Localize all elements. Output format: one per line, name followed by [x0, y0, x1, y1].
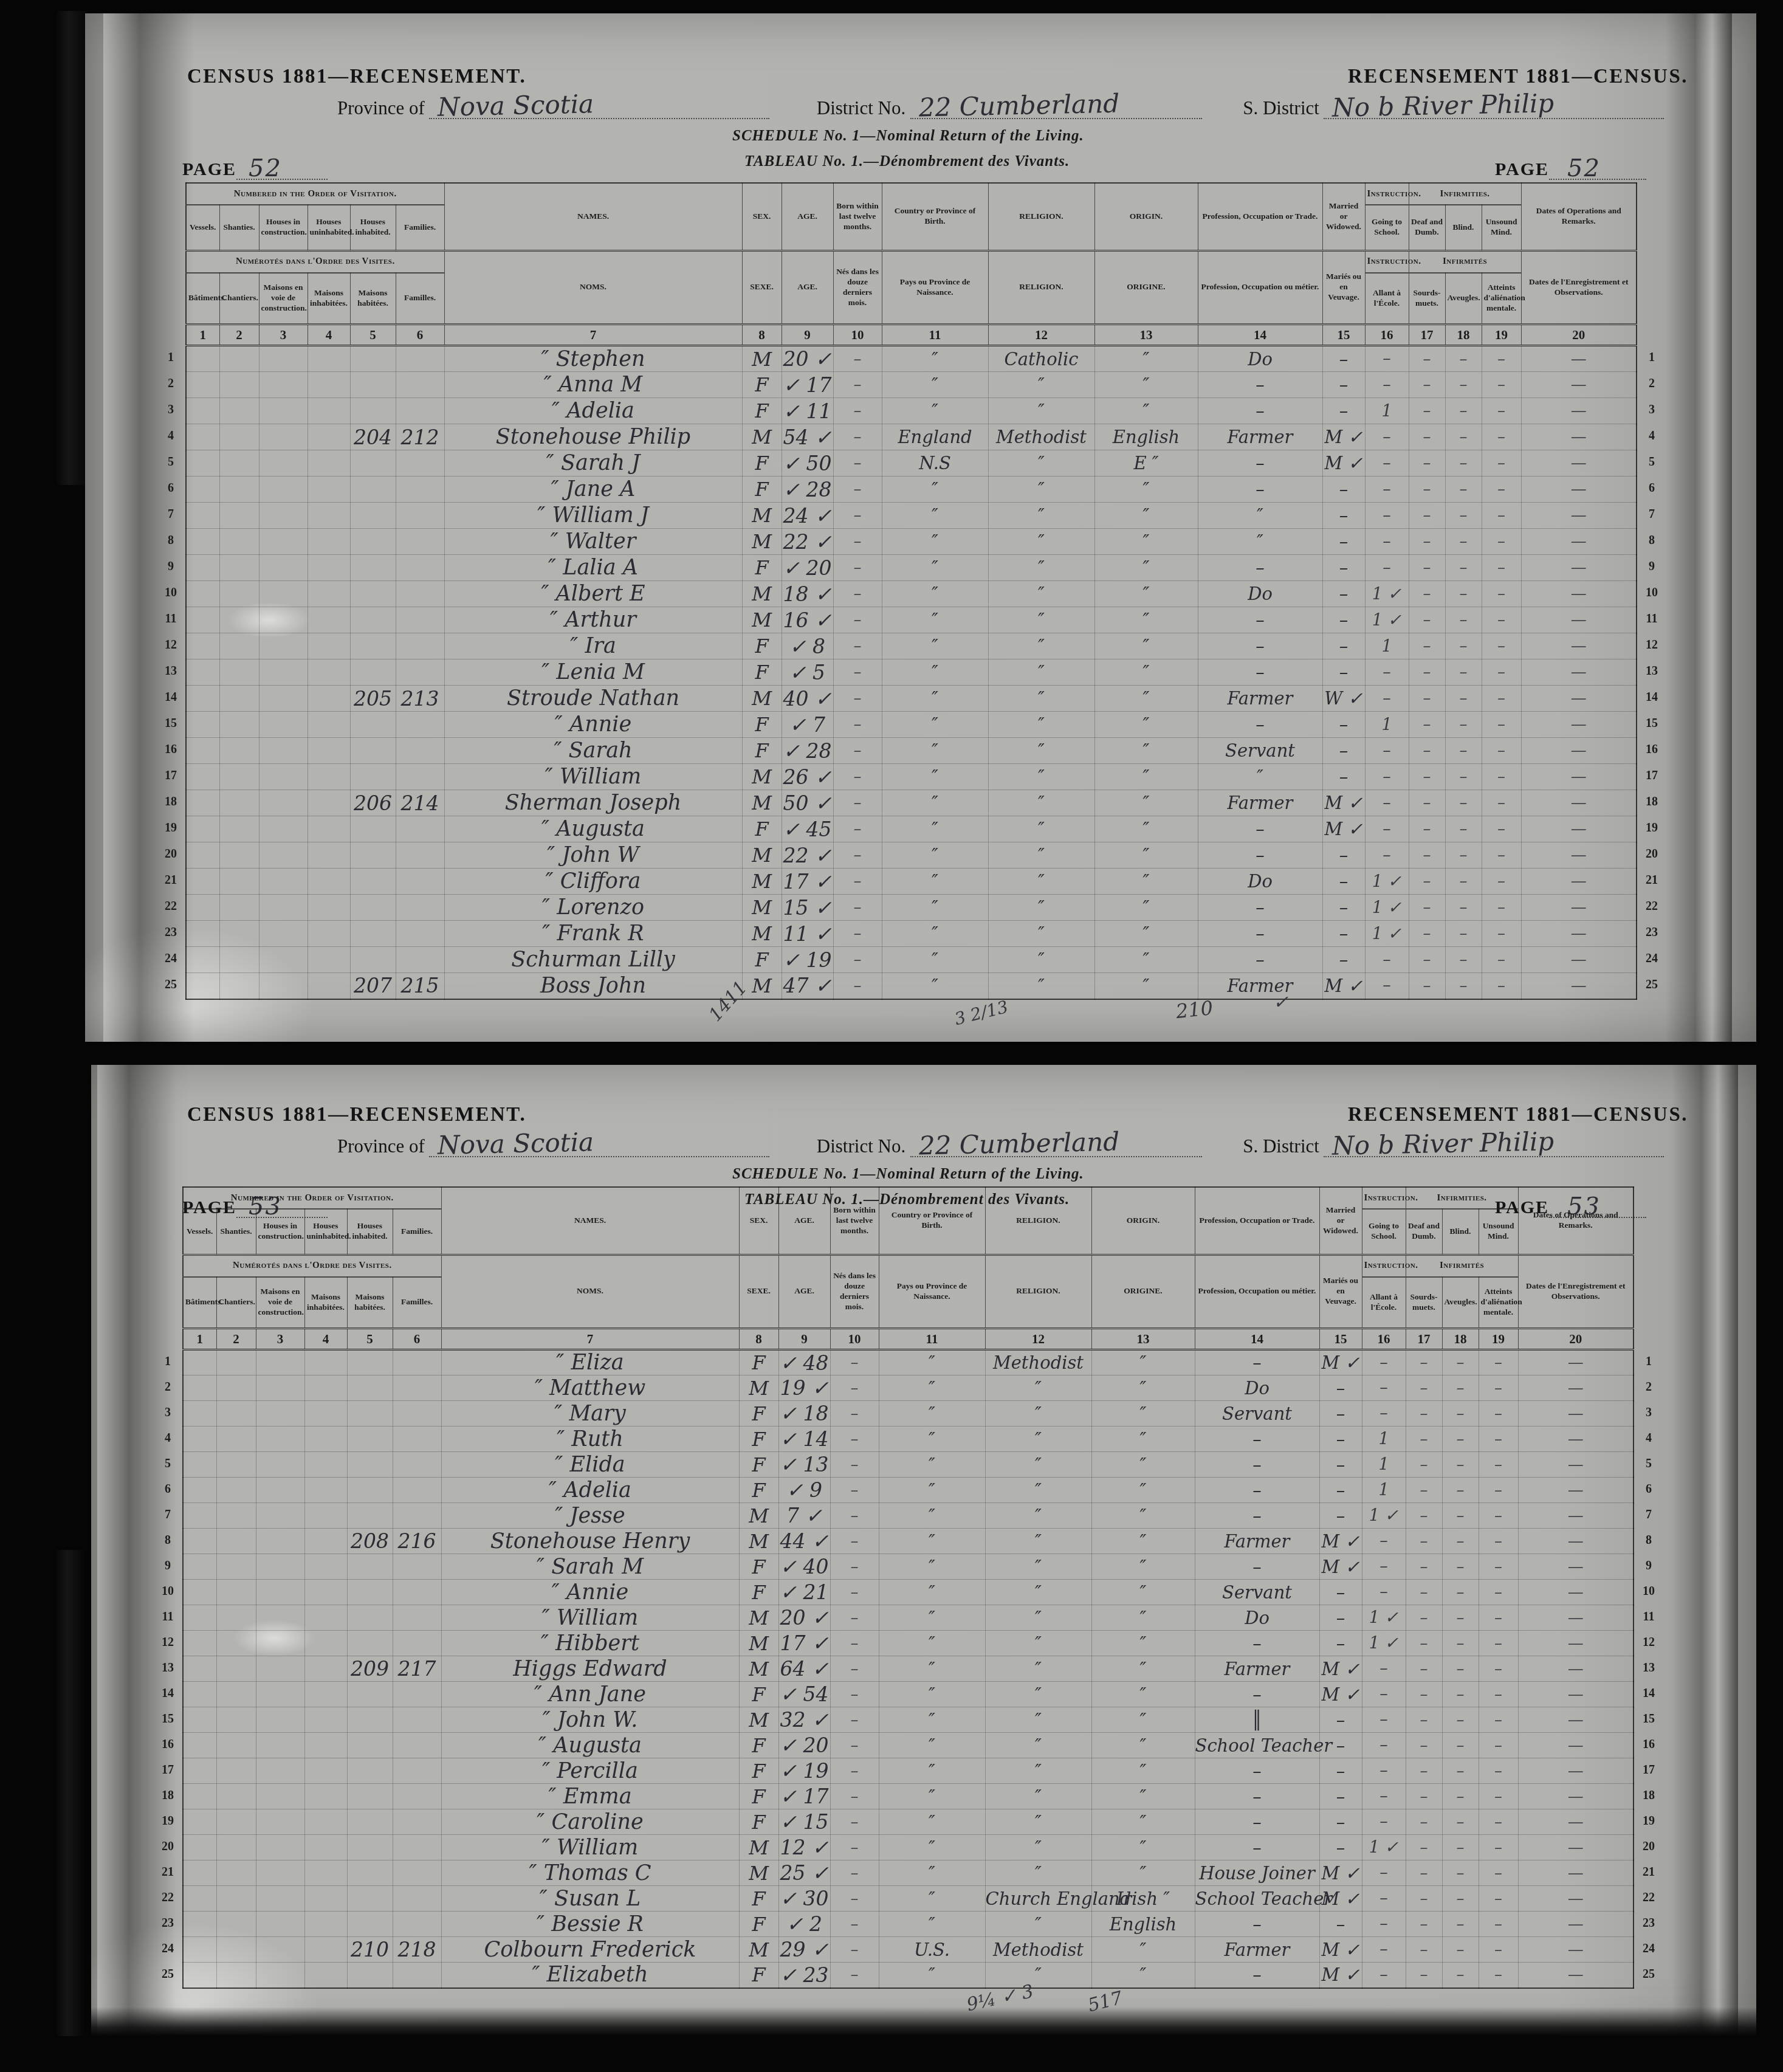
cell-married-or-widowed: –	[1319, 1478, 1362, 1503]
sub-district-handwritten: No b River Philip	[1332, 1126, 1555, 1161]
cell-empty	[256, 1886, 304, 1912]
table-row: ″ AdeliaF✓ 11–″″″––1–––—	[186, 398, 1637, 424]
cell-empty	[219, 633, 259, 659]
column-header: 5	[347, 1329, 393, 1350]
column-header: 20	[1521, 325, 1637, 346]
cell-empty	[186, 529, 219, 555]
cell-born-within-12-months: –	[830, 1963, 879, 1988]
cell-empty	[186, 555, 219, 581]
cell-age: 17 ✓	[782, 869, 833, 895]
cell-family-number	[393, 1707, 441, 1733]
cell-empty	[216, 1835, 256, 1860]
column-header: Vessels.	[186, 205, 219, 250]
cell-empty	[259, 633, 307, 659]
cell-married-or-widowed: –	[1322, 503, 1365, 529]
row-number-right: 22	[1637, 1891, 1661, 1905]
cell-name: ″ Arthur	[444, 607, 742, 633]
cell-sex: M	[742, 346, 782, 372]
table-row: ″ RuthF✓ 14–″″″––1–––—	[183, 1427, 1634, 1452]
cell-occupation: –	[1195, 1963, 1319, 1988]
cell-origin: ″	[1094, 921, 1198, 947]
column-header: Mariés ou en Veuvage.	[1319, 1255, 1362, 1329]
cell-born-within-12-months: –	[833, 790, 882, 816]
row-number-right: 15	[1640, 717, 1664, 731]
cell-born-within-12-months: –	[833, 712, 882, 738]
cell-sex: F	[739, 1784, 778, 1809]
cell-birthplace: ″	[879, 1912, 985, 1937]
cell-birthplace: ″	[882, 712, 988, 738]
cell-empty	[216, 1886, 256, 1912]
cell-remarks: —	[1521, 869, 1637, 895]
cell-infirmity: –	[1409, 503, 1445, 529]
census-page-52: CENSUS 1881—RECENSEMENT. RECENSEMENT 188…	[85, 13, 1756, 1042]
row-number-right: 20	[1637, 1840, 1661, 1854]
row-number-right: 9	[1640, 560, 1664, 574]
cell-remarks: —	[1518, 1350, 1634, 1375]
cell-origin: ″	[1094, 869, 1198, 895]
table-row: ″ LorenzoM15 ✓–″″″––1 ✓–––—	[186, 895, 1637, 921]
cell-name: ″ Walter	[444, 529, 742, 555]
cell-infirmity: –	[1406, 1656, 1442, 1682]
cell-infirmity: –	[1406, 1860, 1442, 1886]
row-number-left: 13	[159, 664, 183, 678]
cell-remarks: —	[1518, 1682, 1634, 1707]
cell-married-or-widowed: –	[1322, 764, 1365, 790]
cell-empty	[307, 607, 350, 633]
row-number-left: 20	[159, 847, 183, 861]
column-header: Maisons habitées.	[350, 273, 396, 325]
cell-religion: ″	[985, 1401, 1091, 1427]
cell-sex: M	[739, 1937, 778, 1963]
column-header: Chantiers.	[216, 1277, 256, 1329]
cell-empty	[259, 555, 307, 581]
cell-house-number	[350, 607, 396, 633]
cell-remarks: —	[1521, 633, 1637, 659]
cell-infirmity: –	[1409, 607, 1445, 633]
cell-infirmity: –	[1406, 1529, 1442, 1554]
cell-occupation: Do	[1198, 581, 1322, 607]
column-header: Married or Widowed.	[1319, 1187, 1362, 1255]
cell-infirmity: –	[1409, 372, 1445, 398]
table-row: ″ William JM24 ✓–″″″″–––––—	[186, 503, 1637, 529]
cell-sex: M	[739, 1835, 778, 1860]
column-header: 9	[782, 325, 833, 346]
cell-empty	[259, 346, 307, 372]
cell-empty	[259, 895, 307, 921]
page-number-left: PAGE52	[182, 158, 328, 180]
cell-empty	[219, 398, 259, 424]
cell-age: ✓ 17	[782, 372, 833, 398]
cell-origin: E ″	[1094, 450, 1198, 477]
cell-going-to-school: –	[1362, 1580, 1406, 1605]
cell-empty	[219, 450, 259, 477]
cell-birthplace: U.S.	[879, 1937, 985, 1963]
cell-empty	[186, 738, 219, 764]
cell-origin: ″	[1091, 1682, 1195, 1707]
cell-infirmity: –	[1409, 895, 1445, 921]
cell-house-number: 204	[350, 424, 396, 450]
cell-infirmity: –	[1409, 581, 1445, 607]
column-header: NAMES.	[444, 183, 742, 250]
cell-origin: ″	[1091, 1554, 1195, 1580]
cell-sex: F	[739, 1758, 778, 1784]
cell-born-within-12-months: –	[830, 1350, 879, 1375]
cell-empty	[256, 1912, 304, 1937]
cell-family-number	[396, 450, 444, 477]
cell-origin: ″	[1094, 973, 1198, 999]
cell-empty	[186, 450, 219, 477]
cell-born-within-12-months: –	[830, 1631, 879, 1656]
province-field: Nova Scotia	[429, 97, 769, 119]
cell-infirmity: –	[1482, 921, 1521, 947]
cell-empty	[219, 424, 259, 450]
cell-born-within-12-months: –	[830, 1605, 879, 1631]
table-row: ″ Lalia AF✓ 20–″″″––––––—	[186, 555, 1637, 581]
cell-infirmity: –	[1482, 398, 1521, 424]
page-title-right: RECENSEMENT 1881—CENSUS.	[1348, 66, 1688, 88]
cell-empty	[259, 816, 307, 842]
cell-sex: F	[739, 1886, 778, 1912]
cell-age: ✓ 28	[782, 738, 833, 764]
column-header: 1	[183, 1329, 216, 1350]
cell-married-or-widowed: –	[1319, 1375, 1362, 1401]
column-header: Numérotés dans l'Ordre des Visites.	[183, 1255, 441, 1277]
cell-sex: F	[742, 372, 782, 398]
cell-birthplace: ″	[879, 1529, 985, 1554]
cell-house-number	[347, 1707, 393, 1733]
cell-religion: ″	[985, 1375, 1091, 1401]
cell-empty	[307, 503, 350, 529]
cell-empty	[216, 1350, 256, 1375]
cell-infirmity: –	[1479, 1401, 1518, 1427]
column-header: NOMS.	[444, 250, 742, 325]
cell-family-number	[396, 947, 444, 973]
margin-note: 210	[1175, 996, 1214, 1023]
cell-remarks: —	[1518, 1886, 1634, 1912]
cell-age: ✓ 20	[782, 555, 833, 581]
cell-infirmity: –	[1445, 633, 1482, 659]
cell-going-to-school: –	[1365, 842, 1409, 869]
cell-remarks: —	[1521, 398, 1637, 424]
cell-occupation: –	[1195, 1478, 1319, 1503]
cell-empty	[307, 895, 350, 921]
column-header: Unsound Mind.	[1479, 1209, 1518, 1255]
cell-empty	[307, 790, 350, 816]
column-header: Country or Province of Birth.	[882, 183, 988, 250]
cell-empty	[219, 738, 259, 764]
cell-infirmity: –	[1406, 1478, 1442, 1503]
row-number-left: 18	[156, 1789, 180, 1803]
column-header: 8	[739, 1329, 778, 1350]
cell-born-within-12-months: –	[830, 1707, 879, 1733]
cell-empty	[256, 1427, 304, 1452]
cell-going-to-school: –	[1362, 1682, 1406, 1707]
cell-infirmity: –	[1482, 529, 1521, 555]
cell-born-within-12-months: –	[830, 1937, 879, 1963]
cell-occupation: ″	[1198, 764, 1322, 790]
row-number-left: 8	[159, 534, 183, 548]
cell-age: ✓ 48	[778, 1350, 830, 1375]
district-label: District No.	[817, 97, 905, 119]
cell-birthplace: ″	[879, 1375, 985, 1401]
cell-infirmity: –	[1482, 712, 1521, 738]
row-number-right: 21	[1637, 1865, 1661, 1879]
cell-house-number	[350, 581, 396, 607]
cell-family-number: 215	[396, 973, 444, 999]
cell-house-number	[347, 1631, 393, 1656]
cell-infirmity: –	[1409, 424, 1445, 450]
cell-religion: ″	[988, 973, 1094, 999]
column-header: 8	[742, 325, 782, 346]
cell-going-to-school: –	[1362, 1529, 1406, 1554]
cell-house-number	[350, 659, 396, 686]
cell-remarks: —	[1518, 1452, 1634, 1478]
row-number-right: 22	[1640, 900, 1664, 914]
cell-empty	[186, 659, 219, 686]
cell-birthplace: ″	[882, 555, 988, 581]
cell-name: ″ Jane A	[444, 477, 742, 503]
cell-family-number: 218	[393, 1937, 441, 1963]
cell-infirmity: –	[1479, 1631, 1518, 1656]
cell-age: ✓ 15	[778, 1809, 830, 1835]
film-edge-strip	[56, 1550, 84, 2036]
cell-going-to-school: 1	[1365, 712, 1409, 738]
cell-infirmity: –	[1409, 398, 1445, 424]
cell-religion: ″	[988, 921, 1094, 947]
table-row: ″ AugustaF✓ 45–″″″–M ✓––––—	[186, 816, 1637, 842]
cell-family-number	[393, 1860, 441, 1886]
cell-married-or-widowed: M ✓	[1319, 1963, 1362, 1988]
cell-infirmity: –	[1482, 947, 1521, 973]
cell-infirmity: –	[1445, 738, 1482, 764]
cell-house-number	[350, 450, 396, 477]
cell-born-within-12-months: –	[833, 895, 882, 921]
cell-birthplace: ″	[882, 764, 988, 790]
cell-name: ″ Lorenzo	[444, 895, 742, 921]
district-field: 22 Cumberland	[910, 1135, 1202, 1157]
cell-empty	[183, 1733, 216, 1758]
cell-empty	[183, 1529, 216, 1554]
cell-name: Stonehouse Henry	[441, 1529, 739, 1554]
cell-remarks: —	[1521, 372, 1637, 398]
cell-house-number	[350, 477, 396, 503]
cell-empty	[259, 869, 307, 895]
cell-age: 64 ✓	[778, 1656, 830, 1682]
cell-infirmity: –	[1479, 1733, 1518, 1758]
cell-name: Colbourn Frederick	[441, 1937, 739, 1963]
cell-going-to-school: –	[1362, 1375, 1406, 1401]
cell-sex: M	[742, 869, 782, 895]
cell-infirmity: –	[1406, 1350, 1442, 1375]
cell-religion: ″	[988, 686, 1094, 712]
schedule-line-fr: TABLEAU No. 1.—Dénombrement des Vivants.	[744, 153, 1070, 170]
cell-name: ″ Sarah M	[441, 1554, 739, 1580]
cell-name: Higgs Edward	[441, 1656, 739, 1682]
row-number-right: 5	[1640, 455, 1664, 469]
cell-house-number: 207	[350, 973, 396, 999]
table-row: Schurman LillyF✓ 19–″″″––––––—	[186, 947, 1637, 973]
cell-infirmity: –	[1409, 816, 1445, 842]
cell-married-or-widowed: M ✓	[1319, 1350, 1362, 1375]
cell-empty	[219, 790, 259, 816]
cell-family-number	[396, 607, 444, 633]
cell-sex: M	[742, 895, 782, 921]
cell-empty	[216, 1427, 256, 1452]
cell-occupation: House Joiner	[1195, 1860, 1319, 1886]
cell-birthplace: ″	[879, 1605, 985, 1631]
cell-infirmity: –	[1482, 869, 1521, 895]
cell-empty	[304, 1478, 347, 1503]
cell-sex: M	[742, 790, 782, 816]
table-row: ″ ElizaF✓ 48–″Methodist″–M ✓––––—	[183, 1350, 1634, 1375]
row-number-right: 8	[1637, 1533, 1661, 1547]
cell-age: 22 ✓	[782, 842, 833, 869]
row-number-right: 3	[1637, 1406, 1661, 1420]
cell-remarks: —	[1521, 659, 1637, 686]
cell-empty	[219, 581, 259, 607]
cell-born-within-12-months: –	[830, 1529, 879, 1554]
cell-infirmity: –	[1406, 1886, 1442, 1912]
cell-age: 26 ✓	[782, 764, 833, 790]
cell-infirmity: –	[1482, 790, 1521, 816]
row-number-right: 9	[1637, 1559, 1661, 1573]
cell-remarks: —	[1518, 1835, 1634, 1860]
column-header: 15	[1319, 1329, 1362, 1350]
cell-name: ″ Ann Jane	[441, 1682, 739, 1707]
cell-going-to-school: –	[1362, 1758, 1406, 1784]
cell-sex: F	[739, 1580, 778, 1605]
cell-infirmity: –	[1445, 947, 1482, 973]
cell-origin: ″	[1091, 1631, 1195, 1656]
cell-age: ✓ 7	[782, 712, 833, 738]
cell-empty	[216, 1503, 256, 1529]
cell-occupation: Farmer	[1198, 973, 1322, 999]
row-number-left: 21	[156, 1865, 180, 1879]
cell-born-within-12-months: –	[833, 581, 882, 607]
cell-remarks: —	[1518, 1631, 1634, 1656]
cell-age: ✓ 54	[778, 1682, 830, 1707]
cell-age: ✓ 5	[782, 659, 833, 686]
cell-born-within-12-months: –	[833, 816, 882, 842]
cell-family-number: 217	[393, 1656, 441, 1682]
page-title-right: RECENSEMENT 1881—CENSUS.	[1348, 1104, 1688, 1126]
cell-infirmity: –	[1442, 1937, 1479, 1963]
cell-remarks: —	[1521, 581, 1637, 607]
sub-district-label: S. District	[1243, 97, 1319, 119]
row-number-left: 11	[156, 1610, 180, 1624]
cell-infirmity: –	[1442, 1733, 1479, 1758]
cell-family-number	[393, 1554, 441, 1580]
row-number-right: 1	[1637, 1355, 1661, 1369]
column-header: Houses inhabited.	[350, 205, 396, 250]
column-header: Maisons inhabitées.	[304, 1277, 347, 1329]
cell-origin: ″	[1091, 1809, 1195, 1835]
table-row: 206214Sherman JosephM50 ✓–″″″FarmerM ✓––…	[186, 790, 1637, 816]
column-header: Country or Province of Birth.	[879, 1187, 985, 1255]
cell-origin: ″	[1094, 607, 1198, 633]
cell-going-to-school: –	[1365, 503, 1409, 529]
cell-sex: F	[739, 1350, 778, 1375]
cell-empty	[219, 477, 259, 503]
cell-occupation: Do	[1198, 869, 1322, 895]
column-header: 17	[1409, 325, 1445, 346]
cell-occupation: –	[1195, 1809, 1319, 1835]
cell-empty	[259, 529, 307, 555]
cell-birthplace: ″	[879, 1707, 985, 1733]
cell-occupation: –	[1195, 1350, 1319, 1375]
cell-remarks: —	[1521, 921, 1637, 947]
cell-house-number	[347, 1503, 393, 1529]
cell-birthplace: ″	[882, 790, 988, 816]
cell-infirmity: –	[1482, 555, 1521, 581]
cell-infirmity: –	[1409, 686, 1445, 712]
cell-name: ″ Adelia	[441, 1478, 739, 1503]
cell-infirmity: –	[1445, 686, 1482, 712]
census-table: Numbered in the Order of Visitation.NAME…	[185, 182, 1637, 1000]
cell-house-number	[347, 1963, 393, 1988]
cell-origin: ″	[1091, 1503, 1195, 1529]
cell-empty	[183, 1912, 216, 1937]
column-header: Maisons en voie de construction.	[256, 1277, 304, 1329]
cell-origin: ″	[1094, 712, 1198, 738]
cell-empty	[186, 790, 219, 816]
cell-born-within-12-months: –	[833, 372, 882, 398]
cell-infirmity: –	[1445, 477, 1482, 503]
cell-empty	[216, 1375, 256, 1401]
column-header: Aveugles.	[1445, 273, 1482, 325]
cell-married-or-widowed: –	[1322, 529, 1365, 555]
cell-born-within-12-months: –	[830, 1401, 879, 1427]
cell-infirmity: –	[1409, 869, 1445, 895]
cell-age: 25 ✓	[778, 1860, 830, 1886]
cell-family-number: 213	[396, 686, 444, 712]
cell-sex: F	[739, 1733, 778, 1758]
cell-going-to-school: –	[1362, 1350, 1406, 1375]
cell-birthplace: ″	[882, 921, 988, 947]
cell-religion: ″	[988, 659, 1094, 686]
district-handwritten: 22 Cumberland	[918, 1127, 1119, 1161]
row-number-left: 14	[156, 1687, 180, 1701]
cell-house-number	[350, 555, 396, 581]
cell-infirmity: –	[1406, 1912, 1442, 1937]
cell-religion: ″	[985, 1733, 1091, 1758]
cell-family-number	[393, 1580, 441, 1605]
cell-origin: ″	[1094, 947, 1198, 973]
cell-married-or-widowed: M ✓	[1322, 790, 1365, 816]
cell-empty	[256, 1682, 304, 1707]
column-header: 13	[1094, 325, 1198, 346]
cell-religion: ″	[988, 503, 1094, 529]
cell-empty	[186, 372, 219, 398]
cell-empty	[256, 1707, 304, 1733]
cell-empty	[256, 1452, 304, 1478]
cell-empty	[304, 1860, 347, 1886]
row-number-left: 13	[156, 1661, 180, 1675]
cell-infirmity: –	[1445, 764, 1482, 790]
cell-empty	[219, 607, 259, 633]
cell-empty	[259, 921, 307, 947]
row-number-right: 11	[1637, 1610, 1661, 1624]
cell-infirmity: –	[1479, 1937, 1518, 1963]
cell-empty	[307, 372, 350, 398]
cell-going-to-school: –	[1365, 738, 1409, 764]
cell-occupation: –	[1195, 1784, 1319, 1809]
row-number-left: 24	[156, 1942, 180, 1956]
cell-born-within-12-months: –	[833, 764, 882, 790]
cell-family-number	[396, 372, 444, 398]
table-row: ″ Sarah JF✓ 50–N.S″E ″–M ✓––––—	[186, 450, 1637, 477]
cell-empty	[219, 764, 259, 790]
